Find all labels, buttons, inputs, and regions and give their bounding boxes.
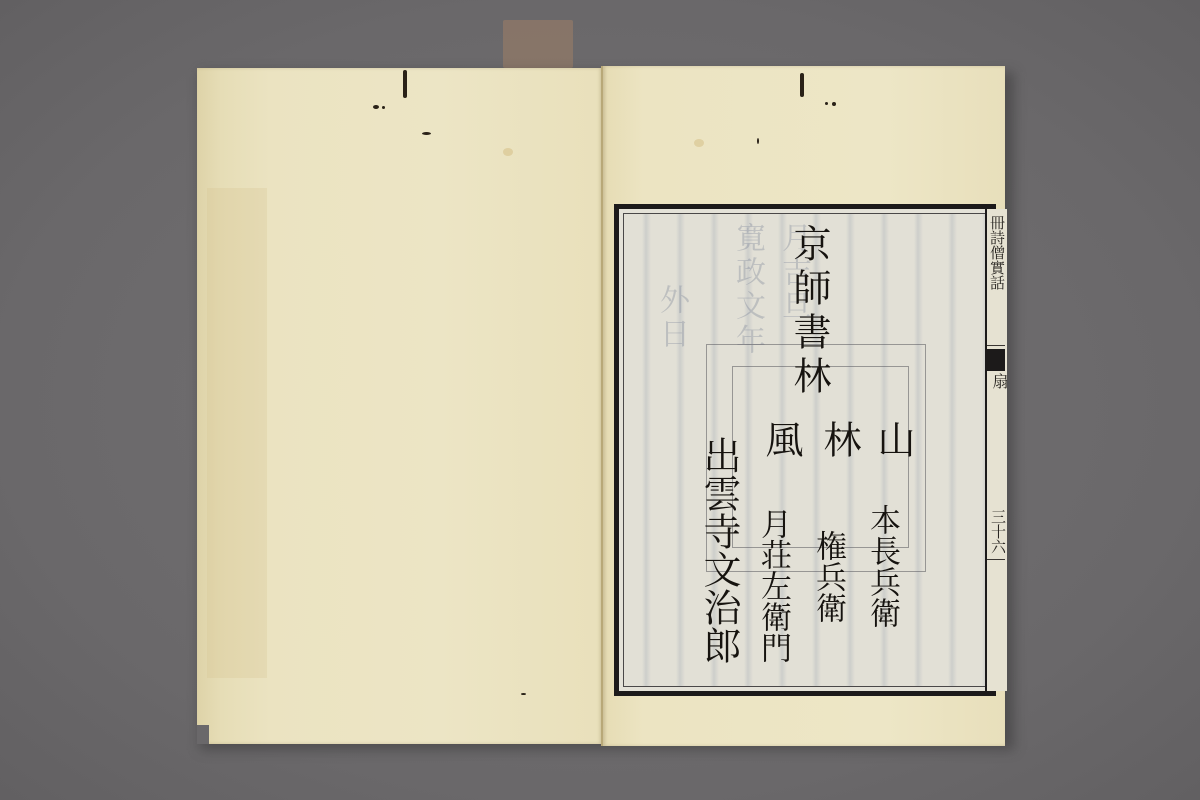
ink-speck — [403, 70, 407, 98]
library-seal-stamp — [503, 20, 573, 68]
foxing-stain — [694, 139, 704, 147]
publisher-surname: 山 — [866, 420, 921, 464]
bleed-through-text: 寛政文年 — [730, 222, 764, 358]
margin-rule — [987, 345, 1005, 346]
publisher-given-name: 月荘左衛門 — [757, 508, 788, 663]
left-page-blank — [197, 68, 602, 744]
last-publisher: 出雲寺文治郎 — [700, 436, 738, 664]
publisher-surname: 風 — [754, 420, 809, 464]
ink-speck — [832, 102, 836, 106]
page-fold-band — [207, 188, 267, 678]
ink-speck — [800, 73, 804, 97]
publisher-given-name: 本長兵衛 — [866, 504, 897, 628]
block-center-margin: 冊詩僧實話 扇 三十六 — [985, 209, 1007, 691]
bleed-through-text: 外日 — [654, 284, 688, 352]
section-label: 扇 — [988, 373, 1011, 389]
ink-speck — [825, 102, 828, 105]
black-fishtail-mark — [987, 349, 1005, 371]
margin-rule — [987, 559, 1005, 560]
ink-speck — [757, 138, 759, 144]
book-photograph: 寛政文年 月吉旦 外日 京師書林 山 本長兵衛 林 権兵衛 風 月荘左衛門 出雲… — [0, 0, 1200, 800]
ink-speck — [422, 132, 431, 135]
folio-number: 三十六 — [988, 509, 1009, 554]
book-title-margin: 冊詩僧實話 — [988, 215, 1005, 290]
colophon-header: 京師書林 — [782, 224, 837, 400]
ink-speck — [373, 105, 379, 109]
page-tear — [197, 725, 209, 744]
ink-speck — [521, 693, 526, 695]
publisher-given-name: 権兵衛 — [812, 530, 843, 623]
ink-speck — [382, 106, 385, 109]
publisher-surname: 林 — [812, 420, 867, 464]
foxing-stain — [503, 148, 513, 156]
